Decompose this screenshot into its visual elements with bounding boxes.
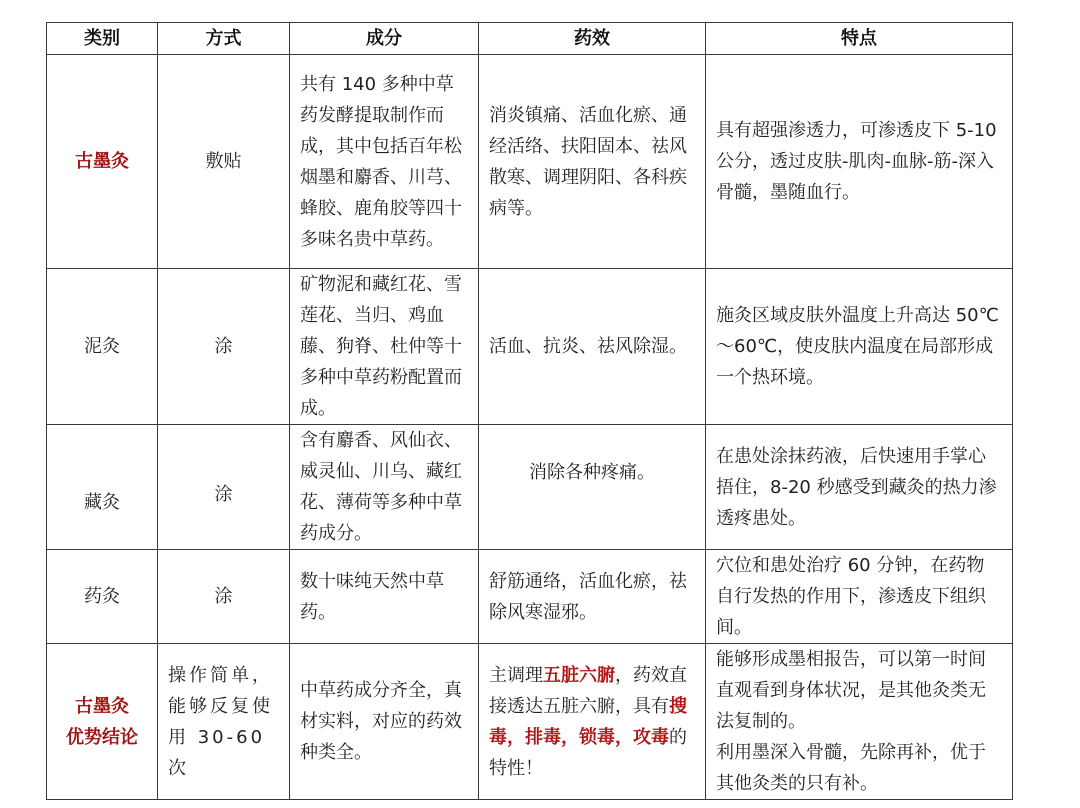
ingredients-cell: 共有 140 多种中草药发酵提取制作而成，其中包括百年松烟墨和麝香、川芎、蜂胶、… — [290, 55, 479, 269]
method-cell: 敷贴 — [158, 55, 290, 269]
category-line-2: 优势结论 — [57, 722, 147, 753]
category-line-1: 古墨灸 — [57, 691, 147, 722]
efficacy-cell: 主调理五脏六腑，药效直接透达五脏六腑，具有搜毒，排毒，锁毒，攻毒的特性！ — [479, 644, 706, 800]
features-line-1: 能够形成墨相报告，可以第一时间直观看到身体状况，是其他灸类无法复制的。 — [716, 644, 1002, 737]
ingredients-cell: 数十味纯天然中草药。 — [290, 550, 479, 644]
table-row: 古墨灸 优势结论 操作简单，能够反复使用 30-60 次 中草药成分齐全，真材实… — [47, 644, 1013, 800]
category-cell: 药灸 — [47, 550, 158, 644]
header-method: 方式 — [158, 23, 290, 55]
method-cell: 涂 — [158, 269, 290, 425]
ingredients-cell: 含有麝香、风仙衣、威灵仙、川乌、藏红花、薄荷等多种中草药成分。 — [290, 425, 479, 550]
header-category: 类别 — [47, 23, 158, 55]
category-cell: 古墨灸 优势结论 — [47, 644, 158, 800]
ingredients-cell: 中草药成分齐全，真材实料，对应的药效种类全。 — [290, 644, 479, 800]
efficacy-cell: 舒筋通络，活血化瘀，祛除风寒湿邪。 — [479, 550, 706, 644]
features-cell: 穴位和患处治疗 60 分钟，在药物自行发热的作用下，渗透皮下组织间。 — [706, 550, 1013, 644]
features-cell: 能够形成墨相报告，可以第一时间直观看到身体状况，是其他灸类无法复制的。 利用墨深… — [706, 644, 1013, 800]
category-cell: 泥灸 — [47, 269, 158, 425]
efficacy-highlight-organs: 五脏六腑 — [543, 665, 615, 686]
features-cell: 具有超强渗透力，可渗透皮下 5-10 公分，透过皮肤-肌肉-血脉-筋-深入骨髓，… — [706, 55, 1013, 269]
efficacy-cell: 消除各种疼痛。 — [479, 425, 706, 550]
method-cell: 操作简单，能够反复使用 30-60 次 — [158, 644, 290, 800]
header-ingredients: 成分 — [290, 23, 479, 55]
table-row: 藏灸 涂 含有麝香、风仙衣、威灵仙、川乌、藏红花、薄荷等多种中草药成分。 消除各… — [47, 425, 1013, 550]
table-row: 药灸 涂 数十味纯天然中草药。 舒筋通络，活血化瘀，祛除风寒湿邪。 穴位和患处治… — [47, 550, 1013, 644]
table-row: 泥灸 涂 矿物泥和藏红花、雪莲花、当归、鸡血藤、狗脊、杜仲等十多种中草药粉配置而… — [47, 269, 1013, 425]
features-cell: 在患处涂抹药液，后快速用手掌心捂住，8-20 秒感受到藏灸的热力渗透疼患处。 — [706, 425, 1013, 550]
category-label: 藏灸 — [57, 487, 147, 518]
efficacy-cell: 消炎镇痛、活血化瘀、通经活络、扶阳固本、祛风散寒、调理阴阳、各科疾病等。 — [479, 55, 706, 269]
efficacy-text: 主调理 — [489, 665, 543, 686]
efficacy-label: 消除各种疼痛。 — [489, 457, 695, 488]
category-cell: 藏灸 — [47, 425, 158, 550]
moxibustion-comparison-table: 类别 方式 成分 药效 特点 古墨灸 敷贴 共有 140 多种中草药发酵提取制作… — [46, 22, 1013, 800]
header-efficacy: 药效 — [479, 23, 706, 55]
efficacy-cell: 活血、抗炎、祛风除湿。 — [479, 269, 706, 425]
ingredients-cell: 矿物泥和藏红花、雪莲花、当归、鸡血藤、狗脊、杜仲等十多种中草药粉配置而成。 — [290, 269, 479, 425]
features-cell: 施灸区域皮肤外温度上升高达 50℃～60℃，使皮肤内温度在局部形成一个热环境。 — [706, 269, 1013, 425]
method-cell: 涂 — [158, 550, 290, 644]
table-row: 古墨灸 敷贴 共有 140 多种中草药发酵提取制作而成，其中包括百年松烟墨和麝香… — [47, 55, 1013, 269]
features-line-2: 利用墨深入骨髓，先除再补，优于其他灸类的只有补。 — [716, 737, 1002, 799]
header-row: 类别 方式 成分 药效 特点 — [47, 23, 1013, 55]
header-features: 特点 — [706, 23, 1013, 55]
category-cell: 古墨灸 — [47, 55, 158, 269]
method-cell: 涂 — [158, 425, 290, 550]
method-label: 涂 — [168, 479, 279, 510]
